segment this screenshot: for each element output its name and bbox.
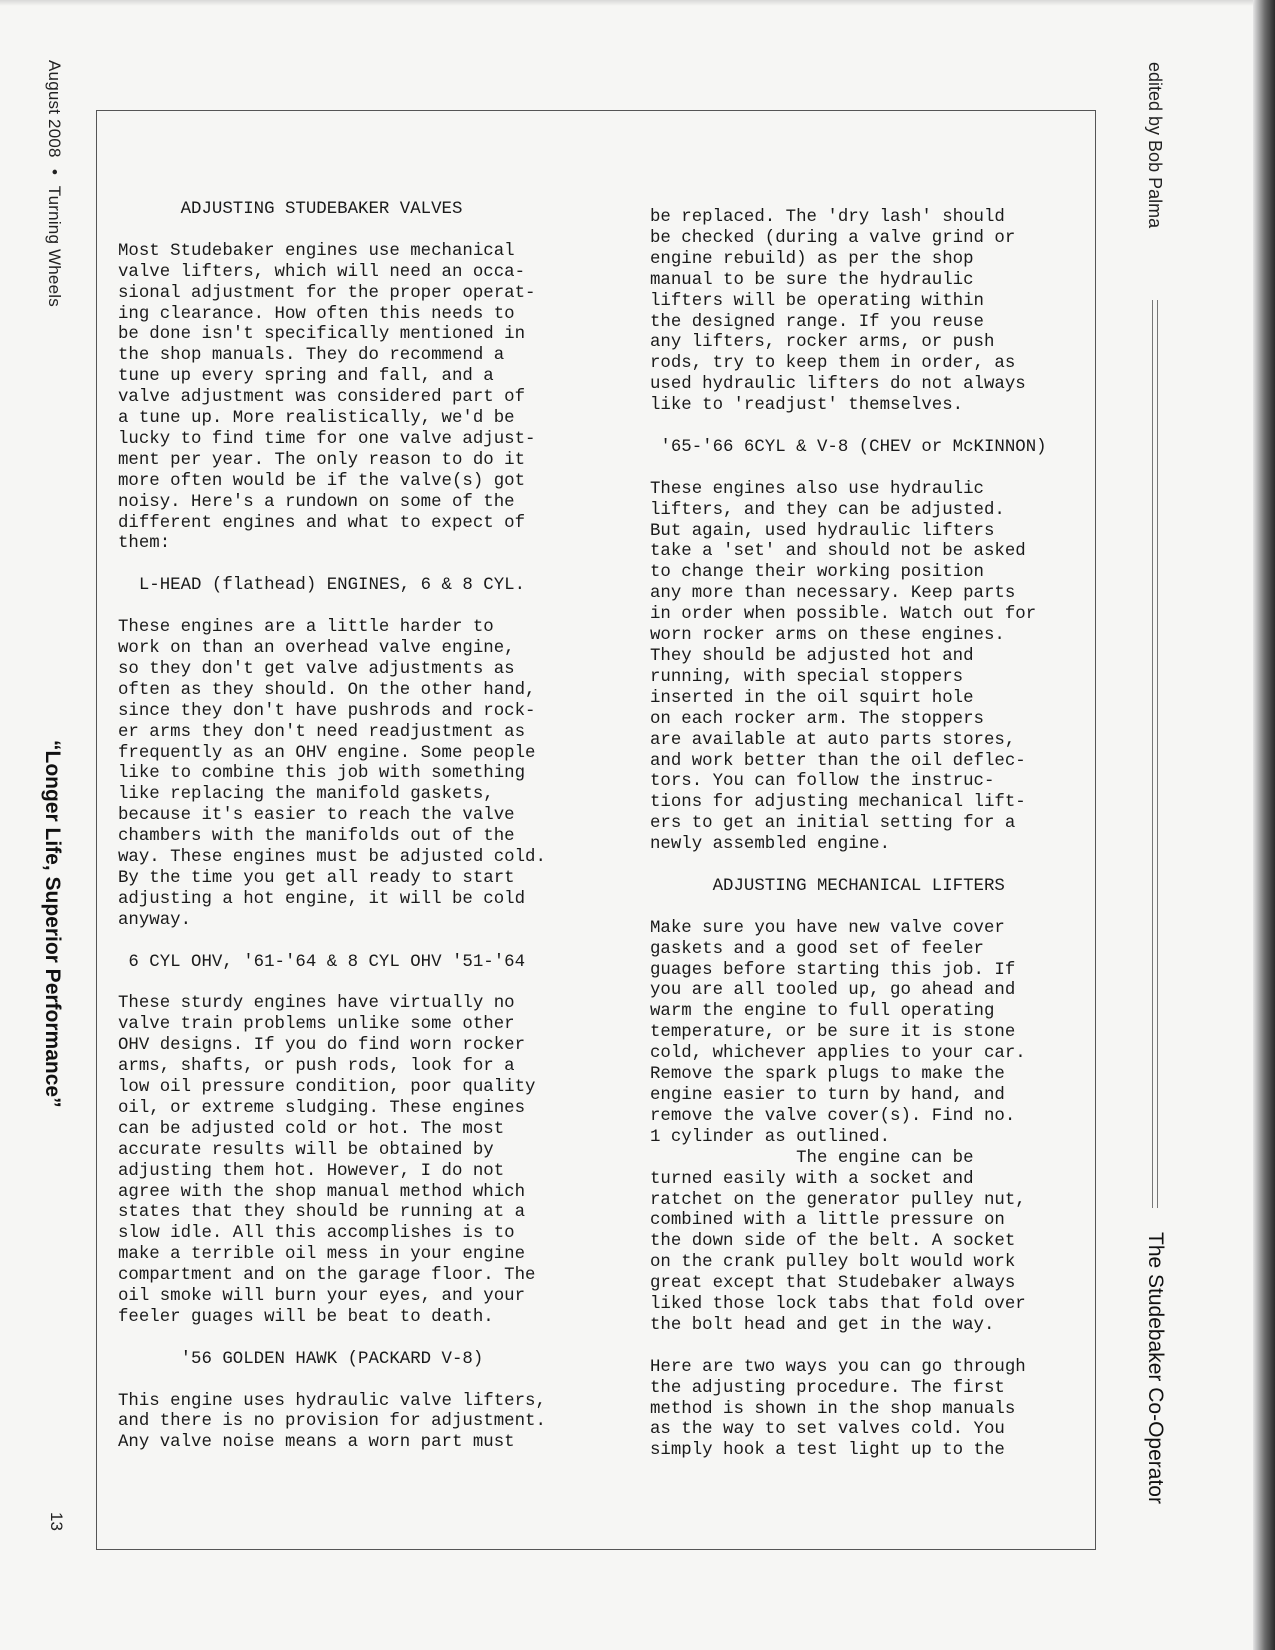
text-line: as the way to set valves cold. You: [650, 1420, 1047, 1441]
text-line: engine rebuild) as per the shop: [650, 250, 1047, 271]
text-line: sional adjustment for the proper operat-: [118, 284, 546, 305]
text-line: in order when possible. Watch out for: [650, 605, 1047, 626]
column-title: The Studebaker Co-Operator: [1143, 1232, 1167, 1504]
text-line: make a terrible oil mess in your engine: [118, 1245, 546, 1266]
paragraph: Make sure you have new valve covergasket…: [650, 919, 1047, 1337]
bullet-separator: •: [44, 169, 64, 175]
text-line: simply hook a test light up to the: [650, 1441, 1047, 1462]
text-line: the down side of the belt. A socket: [650, 1232, 1047, 1253]
text-line: take a 'set' and should not be asked: [650, 542, 1047, 563]
spacer: [118, 221, 546, 242]
editor-credit: edited by Bob Palma: [1144, 62, 1165, 228]
text-line: them:: [118, 534, 546, 555]
spacer: [650, 856, 1047, 877]
text-line: remove the valve cover(s). Find no.: [650, 1107, 1047, 1128]
text-line: Make sure you have new valve cover: [650, 919, 1047, 940]
text-line: you are all tooled up, go ahead and: [650, 981, 1047, 1002]
text-line: engine easier to turn by hand, and: [650, 1086, 1047, 1107]
section-heading: L-HEAD (flathead) ENGINES, 6 & 8 CYL.: [118, 576, 546, 597]
text-line: temperature, or be sure it is stone: [650, 1023, 1047, 1044]
text-line: feeler guages will be beat to death.: [118, 1308, 546, 1329]
text-line: the bolt head and get in the way.: [650, 1316, 1047, 1337]
text-line: They should be adjusted hot and: [650, 647, 1047, 668]
text-line: accurate results will be obtained by: [118, 1141, 546, 1162]
text-line: valve lifters, which will need an occa-: [118, 263, 546, 284]
text-line: arms, shafts, or push rods, look for a: [118, 1057, 546, 1078]
text-line: agree with the shop manual method which: [118, 1183, 546, 1204]
text-line: like to 'readjust' themselves.: [650, 396, 1047, 417]
text-line: way. These engines must be adjusted cold…: [118, 848, 546, 869]
text-line: By the time you get all ready to start: [118, 869, 546, 890]
text-line: Here are two ways you can go through: [650, 1358, 1047, 1379]
text-line: often as they should. On the other hand,: [118, 681, 546, 702]
text-line: guages before starting this job. If: [650, 961, 1047, 982]
text-line: different engines and what to expect of: [118, 514, 546, 535]
text-line: inserted in the oil squirt hole: [650, 689, 1047, 710]
text-line: any more than necessary. Keep parts: [650, 584, 1047, 605]
text-line: states that they should be running at a: [118, 1203, 546, 1224]
text-line: manual to be sure the hydraulic: [650, 271, 1047, 292]
text-line: cold, whichever applies to your car.: [650, 1044, 1047, 1065]
section-heading: 6 CYL OHV, '61-'64 & 8 CYL OHV '51-'64: [118, 953, 546, 974]
text-line: tors. You can follow the instruc-: [650, 772, 1047, 793]
text-line: so they don't get valve adjustments as: [118, 660, 546, 681]
text-line: These engines are a little harder to: [118, 618, 546, 639]
paragraph: be replaced. The 'dry lash' shouldbe che…: [650, 208, 1047, 417]
text-line: method is shown in the shop manuals: [650, 1400, 1047, 1421]
text-line: Most Studebaker engines use mechanical: [118, 242, 546, 263]
text-line: adjusting them hot. However, I do not: [118, 1162, 546, 1183]
text-line: lucky to find time for one valve adjust-: [118, 430, 546, 451]
paragraph: These engines are a little harder towork…: [118, 618, 546, 932]
text-line: turned easily with a socket and: [650, 1170, 1047, 1191]
section-heading: '65-'66 6CYL & V-8 (CHEV or McKINNON): [650, 438, 1047, 459]
text-line: the shop manuals. They do recommend a: [118, 346, 546, 367]
text-line: valve train problems unlike some other: [118, 1015, 546, 1036]
page-edge-shadow-top: [0, 0, 1275, 6]
text-line: lifters will be operating within: [650, 292, 1047, 313]
text-line: liked those lock tabs that fold over: [650, 1295, 1047, 1316]
text-line: and work better than the oil deflec-: [650, 752, 1047, 773]
text-line: a tune up. More realistically, we'd be: [118, 409, 546, 430]
spacer: [118, 1371, 546, 1392]
text-line: er arms they don't need readjustment as: [118, 723, 546, 744]
running-header-left: August 2008 • Turning Wheels: [44, 60, 64, 307]
text-line: frequently as an OHV engine. Some people: [118, 744, 546, 765]
section-heading: ADJUSTING STUDEBAKER VALVES: [118, 200, 546, 221]
spacer: [118, 555, 546, 576]
spacer: [650, 898, 1047, 919]
text-line: chambers with the manifolds out of the: [118, 827, 546, 848]
text-line: But again, used hydraulic lifters: [650, 522, 1047, 543]
spacer: [118, 597, 546, 618]
text-line: anyway.: [118, 911, 546, 932]
section-heading: '56 GOLDEN HAWK (PACKARD V-8): [118, 1350, 546, 1371]
text-line: the designed range. If you reuse: [650, 313, 1047, 334]
section-heading: ADJUSTING MECHANICAL LIFTERS: [650, 877, 1047, 898]
spacer: [650, 417, 1047, 438]
text-line: any lifters, rocker arms, or push: [650, 333, 1047, 354]
spacer: [118, 973, 546, 994]
text-line: the adjusting procedure. The first: [650, 1379, 1047, 1400]
text-line: like replacing the manifold gaskets,: [118, 785, 546, 806]
text-line: adjusting a hot engine, it will be cold: [118, 890, 546, 911]
text-line: Any valve noise means a worn part must: [118, 1433, 546, 1454]
text-line: great except that Studebaker always: [650, 1274, 1047, 1295]
text-line: Remove the spark plugs to make the: [650, 1065, 1047, 1086]
text-line: compartment and on the garage floor. The: [118, 1266, 546, 1287]
text-line: warm the engine to full operating: [650, 1002, 1047, 1023]
double-rule-divider: [1152, 300, 1158, 1208]
text-line: like to combine this job with something: [118, 764, 546, 785]
spacer: [118, 932, 546, 953]
text-line: be replaced. The 'dry lash' should: [650, 208, 1047, 229]
text-line: since they don't have pushrods and rock-: [118, 702, 546, 723]
text-line: gaskets and a good set of feeler: [650, 940, 1047, 961]
text-line: noisy. Here's a rundown on some of the: [118, 493, 546, 514]
text-line: are available at auto parts stores,: [650, 731, 1047, 752]
page-number: 13: [46, 1512, 66, 1531]
text-line: slow idle. All this accomplishes is to: [118, 1224, 546, 1245]
text-line: newly assembled engine.: [650, 835, 1047, 856]
publication-name: Turning Wheels: [45, 186, 64, 307]
text-line: lifters, and they can be adjusted.: [650, 501, 1047, 522]
paragraph: These sturdy engines have virtually nova…: [118, 994, 546, 1329]
text-line: OHV designs. If you do find worn rocker: [118, 1036, 546, 1057]
paragraph: Most Studebaker engines use mechanicalva…: [118, 242, 546, 556]
text-line: tions for adjusting mechanical lift-: [650, 793, 1047, 814]
text-line: because it's easier to reach the valve: [118, 806, 546, 827]
text-line: valve adjustment was considered part of: [118, 388, 546, 409]
paragraph: These engines also use hydrauliclifters,…: [650, 480, 1047, 856]
text-line: and there is no provision for adjustment…: [118, 1412, 546, 1433]
text-line: 1 cylinder as outlined.: [650, 1128, 1047, 1149]
text-line: on the crank pulley bolt would work: [650, 1253, 1047, 1274]
text-line: be checked (during a valve grind or: [650, 229, 1047, 250]
text-line: ers to get an initial setting for a: [650, 814, 1047, 835]
text-line: ratchet on the generator pulley nut,: [650, 1191, 1047, 1212]
text-line: rods, try to keep them in order, as: [650, 354, 1047, 375]
text-line: These engines also use hydraulic: [650, 480, 1047, 501]
paragraph: This engine uses hydraulic valve lifters…: [118, 1392, 546, 1455]
article-column-left: ADJUSTING STUDEBAKER VALVESMost Studebak…: [118, 200, 546, 1454]
text-line: oil, or extreme sludging. These engines: [118, 1099, 546, 1120]
text-line: more often would be if the valve(s) got: [118, 472, 546, 493]
spacer: [650, 1337, 1047, 1358]
text-line: ing clearance. How often this needs to: [118, 305, 546, 326]
text-line: The engine can be: [650, 1149, 1047, 1170]
page-edge-shadow-right: [1253, 0, 1275, 1650]
text-line: running, with special stoppers: [650, 668, 1047, 689]
text-line: used hydraulic lifters do not always: [650, 375, 1047, 396]
text-line: can be adjusted cold or hot. The most: [118, 1120, 546, 1141]
slogan: “Longer Life, Superior Performance”: [40, 740, 64, 1108]
text-line: combined with a little pressure on: [650, 1211, 1047, 1232]
text-line: tune up every spring and fall, and a: [118, 367, 546, 388]
spacer: [650, 459, 1047, 480]
text-line: on each rocker arm. The stoppers: [650, 710, 1047, 731]
article-column-right: be replaced. The 'dry lash' shouldbe che…: [650, 208, 1047, 1462]
issue-date: August 2008: [45, 60, 64, 158]
text-line: ment per year. The only reason to do it: [118, 451, 546, 472]
paragraph: Here are two ways you can go throughthe …: [650, 1358, 1047, 1463]
text-line: be done isn't specifically mentioned in: [118, 325, 546, 346]
text-line: worn rocker arms on these engines.: [650, 626, 1047, 647]
text-line: These sturdy engines have virtually no: [118, 994, 546, 1015]
text-line: work on than an overhead valve engine,: [118, 639, 546, 660]
text-line: to change their working position: [650, 563, 1047, 584]
text-line: This engine uses hydraulic valve lifters…: [118, 1392, 546, 1413]
spacer: [118, 1329, 546, 1350]
text-line: oil smoke will burn your eyes, and your: [118, 1287, 546, 1308]
text-line: low oil pressure condition, poor quality: [118, 1078, 546, 1099]
